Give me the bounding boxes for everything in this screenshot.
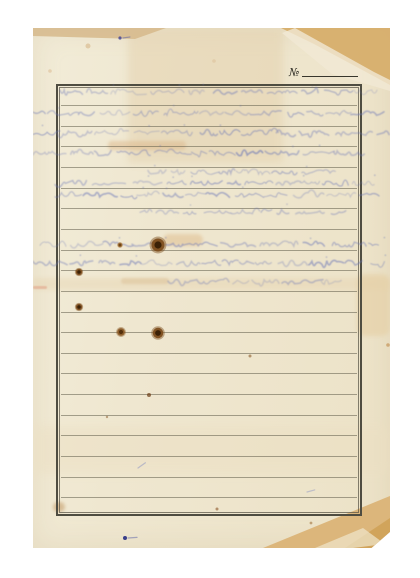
handwriting-dot — [385, 254, 387, 256]
handwriting-dot — [42, 125, 44, 127]
rule-line — [61, 373, 357, 374]
rule-line — [61, 146, 357, 147]
numero-sign: № — [289, 66, 300, 79]
speck — [310, 522, 313, 525]
rule-line — [61, 394, 357, 395]
top-edge-strip — [33, 28, 166, 39]
rule-line — [61, 332, 357, 333]
rule-line — [61, 497, 357, 498]
handwriting-dot — [374, 174, 376, 176]
top-right-pale-wedge — [282, 28, 390, 91]
speck — [386, 343, 390, 347]
speck — [123, 536, 127, 540]
bottom-right-ochre-wedge — [345, 518, 390, 548]
rule-line — [61, 353, 357, 354]
handwriting-stroke — [371, 262, 385, 268]
rule-line — [61, 167, 357, 168]
rule-line — [61, 126, 357, 127]
rule-line — [61, 270, 357, 271]
bottom-right-pale-sliver — [315, 528, 385, 548]
pink-edge-dash — [33, 286, 47, 289]
rule-line — [61, 312, 357, 313]
blue-ink-dash — [128, 537, 137, 538]
ruled-lines — [58, 86, 360, 514]
rule-line — [61, 415, 357, 416]
page-number-field: № — [289, 61, 358, 77]
rule-line — [61, 456, 357, 457]
speck — [212, 59, 216, 63]
rule-line — [61, 250, 357, 251]
handwriting-dot — [384, 237, 386, 239]
rule-line — [61, 188, 357, 189]
rule-line — [61, 208, 357, 209]
rule-line — [61, 291, 357, 292]
rule-line — [61, 477, 357, 478]
ruled-frame-border — [56, 84, 362, 516]
handwriting-stroke — [377, 131, 389, 134]
scan-background: № — [0, 0, 420, 578]
speck — [86, 44, 91, 49]
rule-line — [61, 435, 357, 436]
rule-line — [61, 229, 357, 230]
handwriting-stroke — [359, 193, 379, 196]
speck — [48, 69, 52, 73]
speck — [118, 36, 121, 39]
handwriting-stroke — [33, 111, 45, 113]
handwriting-stroke — [369, 243, 379, 245]
blue-ink-dash — [123, 37, 130, 38]
page-number-blank-line — [302, 64, 358, 77]
paper-sheet: № — [33, 28, 390, 548]
rule-line — [61, 105, 357, 106]
